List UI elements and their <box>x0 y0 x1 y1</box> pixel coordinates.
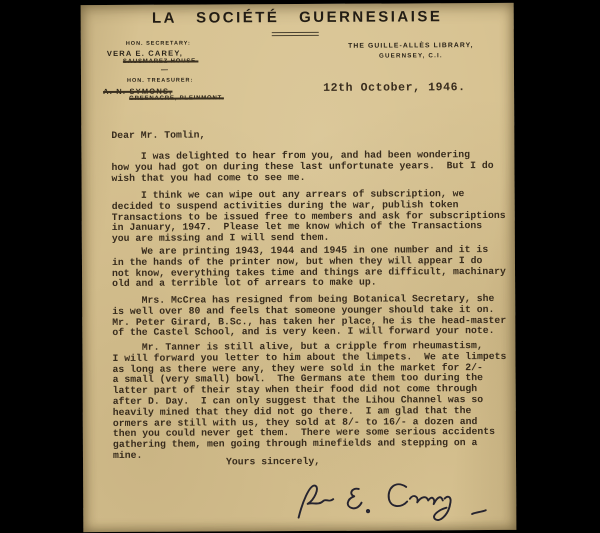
closing: Yours sincerely, <box>226 456 320 467</box>
handwritten-signature <box>291 473 501 532</box>
title-underline <box>272 32 319 36</box>
library-address-line1: THE GUILLE-ALLÈS LIBRARY, <box>331 42 491 50</box>
body-paragraph: I think we can wipe out any arrears of s… <box>112 189 524 245</box>
body-paragraph: I was delighted to hear from you, and ha… <box>111 150 523 185</box>
signature-ink <box>291 473 501 532</box>
treasurer-name-struck: A. N. SYMONS, <box>103 87 172 96</box>
secretary-address-struck: SAUSMAREZ HOUSE. <box>123 59 199 65</box>
society-title: LA SOCIÉTÉ GUERNESIAISE <box>81 8 514 27</box>
officers-separator: — <box>161 67 168 74</box>
library-address: THE GUILLE-ALLÈS LIBRARY, GUERNSEY, C.I. <box>331 42 491 60</box>
secretary-name: VERA E. CAREY, <box>107 49 183 58</box>
hon-treasurer-label: HON. TREASURER: <box>127 78 193 84</box>
hon-secretary-label: HON. SECRETARY: <box>126 41 191 47</box>
salutation: Dear Mr. Tomlin, <box>111 129 523 142</box>
treasurer-address-struck: GREENACRE, PLEINMONT. <box>129 95 224 101</box>
letter-date: 12th October, 1946. <box>323 81 466 95</box>
body-paragraph: Mr. Tanner is still alive, but a cripple… <box>112 341 525 462</box>
letter-page: LA SOCIÉTÉ GUERNESIAISE HON. SECRETARY: … <box>81 3 517 532</box>
letter-body: Dear Mr. Tomlin, I was delighted to hear… <box>111 3 523 5</box>
body-paragraph: Mrs. McCrea has resigned from being Bota… <box>112 294 524 339</box>
scanned-letter-screenshot: { "colors": { "background": "#000000", "… <box>0 0 600 533</box>
library-address-line2: GUERNSEY, C.I. <box>331 52 491 60</box>
body-paragraph: We are printing 1943, 1944 and 1945 in o… <box>112 245 524 290</box>
